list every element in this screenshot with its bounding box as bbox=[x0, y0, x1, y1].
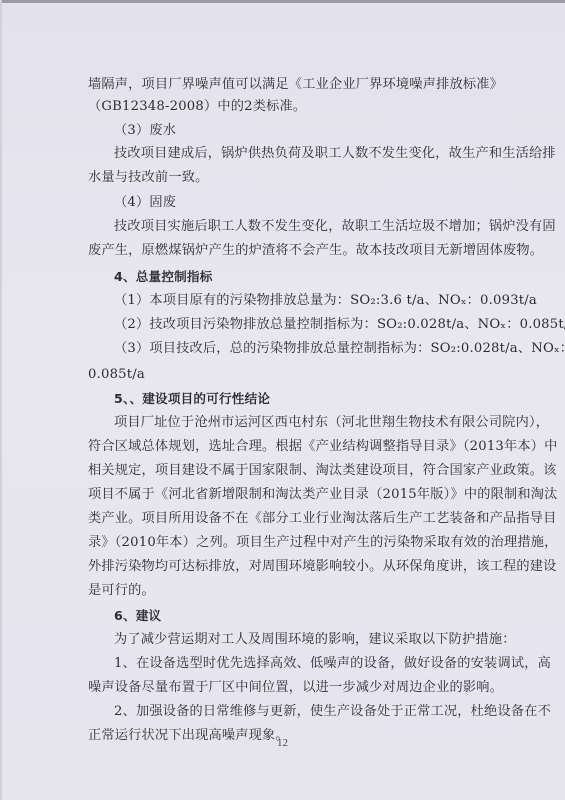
scan-edge-left bbox=[0, 0, 2, 800]
text-line: （1）本项目原有的污染物排放总量为：SO₂:3.6 t/a、NOₓ：0.093t… bbox=[114, 292, 488, 310]
text-line: 项目不属于《河北省新增限制和淘汰类产业目录（2015年版）》中的限制和淘汰 bbox=[88, 486, 488, 504]
text-line: 水量与技改前一致。 bbox=[88, 169, 488, 187]
text-line: 符合区域总体规划，选址合理。根据《产业结构调整指导目录》（2013年本）中 bbox=[88, 438, 488, 456]
text-line: （3）废水 bbox=[114, 122, 488, 140]
section-heading: 5、、建设项目的可行性结论 bbox=[114, 390, 488, 408]
text-line: 类产业。项目所用设备不在《部分工业行业淘汰落后生产工艺装备和产品指导目 bbox=[88, 510, 488, 528]
text-line: 1、在设备选型时优先选择高效、低噪声的设备，做好设备的安装调试，高 bbox=[114, 655, 488, 673]
text-line: 录》（2010年本）之列。项目生产过程中对产生的污染物采取有效的治理措施， bbox=[88, 534, 488, 552]
text-line: 技改项目实施后职工人数不发生变化，故职工生活垃圾不增加；锅炉没有固 bbox=[114, 218, 488, 236]
text-line: 外排污染物均可达标排放，对周围环境影响较小。从环保角度讲，该工程的建设 bbox=[88, 558, 488, 576]
scan-edge-shadow bbox=[0, 0, 565, 3]
text-line: 0.085t/a bbox=[88, 366, 488, 384]
text-line: 相关规定，项目建设不属于国家限制、淘汰类建设项目，符合国家产业政策。该 bbox=[88, 462, 488, 480]
text-line: （3）项目技改后，总的污染物排放总量控制指标为：SO₂:0.028t/a、NOₓ… bbox=[114, 340, 488, 358]
document-page: 墙隔声，项目厂界噪声值可以满足《工业企业厂界环境噪声排放标准》（GB12348-… bbox=[0, 0, 565, 800]
text-line: 墙隔声，项目厂界噪声值可以满足《工业企业厂界环境噪声排放标准》 bbox=[88, 76, 488, 94]
page-number: 12 bbox=[0, 737, 565, 749]
text-line: （4）固废 bbox=[114, 194, 488, 212]
text-line: （2）技改项目污染物排放总量控制指标为：SO₂:0.028t/a、NOₓ：0.0… bbox=[114, 316, 488, 334]
text-line: 废产生，原燃煤锅炉产生的炉渣将不会产生。故本技改项目无新增固体废物。 bbox=[88, 242, 488, 260]
section-heading: 6、建议 bbox=[114, 607, 488, 625]
section-heading: 4、总量控制指标 bbox=[114, 268, 488, 286]
text-line: 项目厂址位于沧州市运河区西屯村东（河北世翔生物技术有限公司院内）， bbox=[114, 414, 488, 432]
text-line: （GB12348-2008）中的2类标准。 bbox=[88, 98, 488, 116]
text-line: 噪声设备尽量布置于厂区中间位置，以进一步减少对周边企业的影响。 bbox=[88, 679, 488, 697]
text-line: 技改项目建成后，锅炉供热负荷及职工人数不发生变化，故生产和生活给排 bbox=[114, 145, 488, 163]
text-line: 是可行的。 bbox=[88, 582, 488, 600]
text-line: 为了减少营运期对工人及周围环境的影响，建议采取以下防护措施： bbox=[114, 631, 488, 649]
text-line: 2、加强设备的日常维修与更新，使生产设备处于正常工况，杜绝设备在不 bbox=[114, 703, 488, 721]
